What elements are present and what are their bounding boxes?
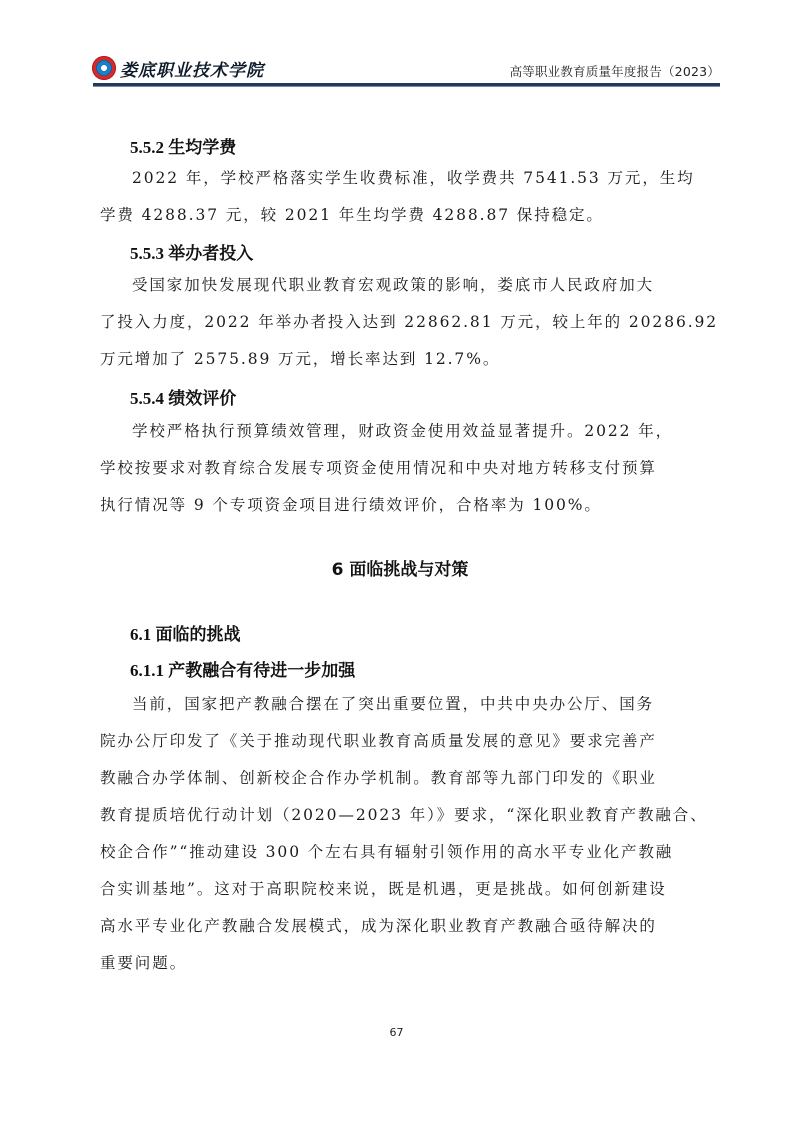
paragraph-line: 万元增加了 2575.89 万元，增长率达到 12.7%。 xyxy=(100,347,700,369)
section-heading-6-1: 6.1 面临的挑战 xyxy=(130,620,241,645)
paragraph-line: 教育提质培优行动计划（2020—2023 年）》要求，“深化职业教育产教融合、 xyxy=(100,803,700,825)
paragraph-line: 高水平专业化产教融合发展模式，成为深化职业教育产教融合亟待解决的 xyxy=(100,914,700,936)
section-heading-6-1-1: 6.1.1 产教融合有待进一步加强 xyxy=(130,656,355,681)
section-heading-5-5-2: 5.5.2 生均学费 xyxy=(130,133,236,158)
paragraph-line: 校企合作”“推动建设 300 个左右具有辐射引领作用的高水平专业化产教融 xyxy=(100,840,700,862)
report-title: 高等职业教育质量年度报告（2023） xyxy=(510,62,720,80)
paragraph-line: 执行情况等 9 个专项资金项目进行绩效评价，合格率为 100%。 xyxy=(100,493,700,515)
paragraph-line: 2022 年，学校严格落实学生收费标准，收学费共 7541.53 万元，生均 xyxy=(132,166,700,188)
paragraph-line: 合实训基地”。这对于高职院校来说，既是机遇，更是挑战。如何创新建设 xyxy=(100,877,700,899)
page-number: 67 xyxy=(0,1026,793,1039)
header-divider xyxy=(93,83,720,87)
school-name: 娄底职业技术学院 xyxy=(120,56,264,81)
paragraph-line: 了投入力度，2022 年举办者投入达到 22862.81 万元，较上年的 202… xyxy=(100,310,700,332)
paragraph-line: 受国家加快发展现代职业教育宏观政策的影响，娄底市人民政府加大 xyxy=(132,273,700,295)
paragraph-line: 教融合办学体制、创新校企合作办学机制。教育部等九部门印发的《职业 xyxy=(100,766,700,788)
paragraph-line: 重要问题。 xyxy=(100,951,700,973)
paragraph-line: 当前，国家把产教融合摆在了突出重要位置，中共中央办公厅、国务 xyxy=(132,692,700,714)
paragraph-line: 院办公厅印发了《关于推动现代职业教育高质量发展的意见》要求完善产 xyxy=(100,729,700,751)
chapter-heading-6: 6 面临挑战与对策 xyxy=(100,555,700,580)
paragraph-line: 学费 4288.37 元，较 2021 年生均学费 4288.87 保持稳定。 xyxy=(100,203,700,225)
school-emblem-icon xyxy=(92,56,116,80)
page-header: 娄底职业技术学院 高等职业教育质量年度报告（2023） xyxy=(92,54,720,84)
paragraph-line: 学校按要求对教育综合发展专项资金使用情况和中央对地方转移支付预算 xyxy=(100,456,700,478)
section-heading-5-5-3: 5.5.3 举办者投入 xyxy=(130,239,253,264)
section-heading-5-5-4: 5.5.4 绩效评价 xyxy=(130,384,236,409)
paragraph-line: 学校严格执行预算绩效管理，财政资金使用效益显著提升。2022 年， xyxy=(132,419,700,441)
